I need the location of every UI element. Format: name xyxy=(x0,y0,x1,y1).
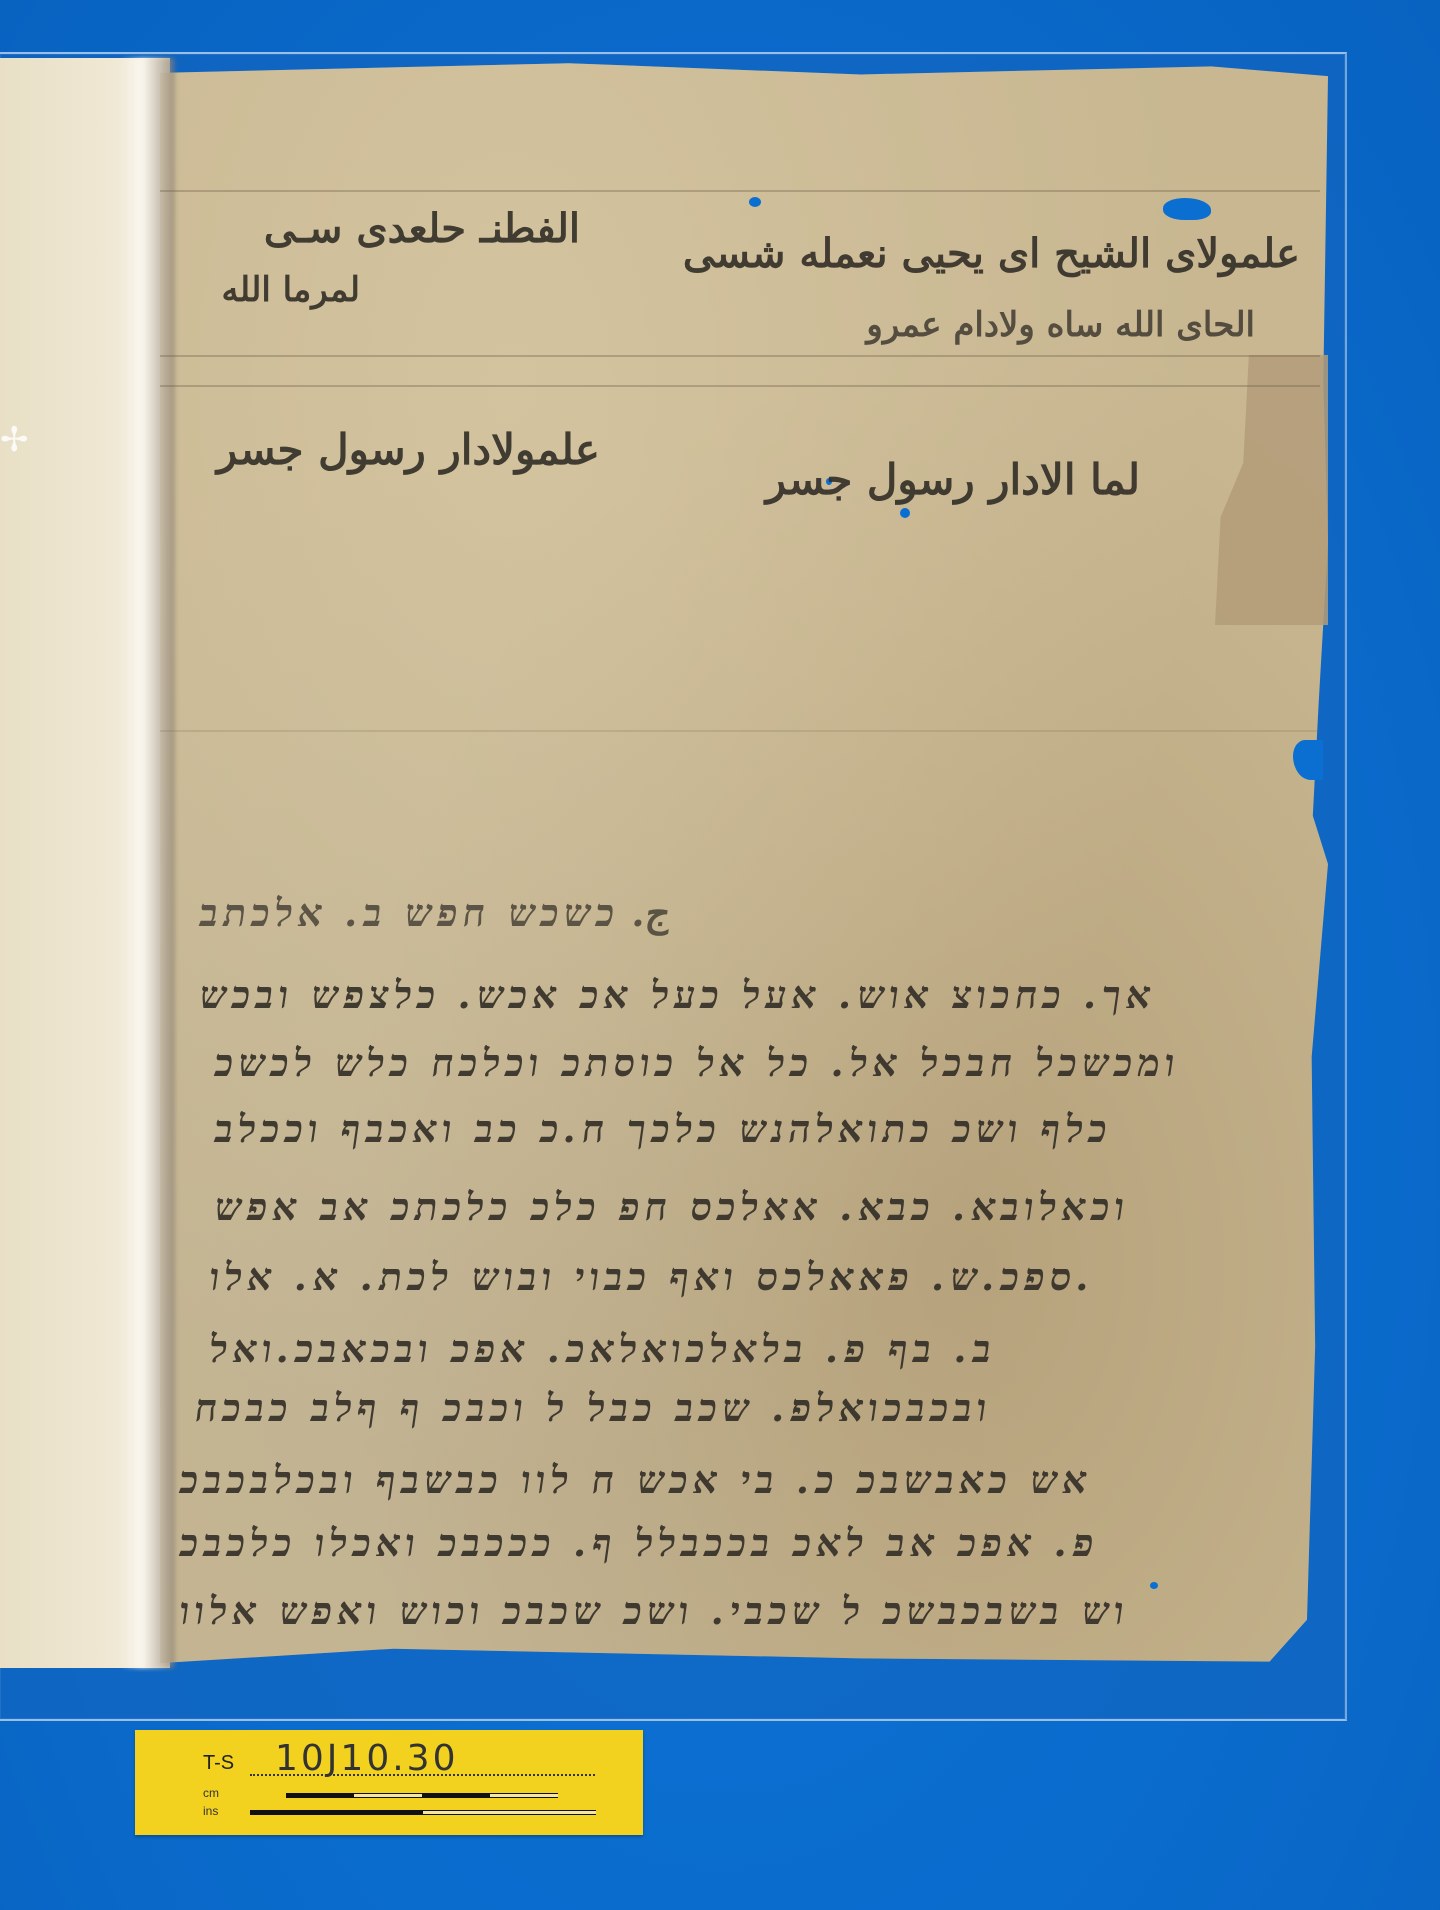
scale-label-ins: ins xyxy=(203,1804,218,1818)
cross-mark-icon: ✢ xyxy=(0,422,36,458)
body-line: ב. בף פ. בלאלכואלאכ. אפכ ובכאבכ.ואל xyxy=(207,1326,1000,1372)
hole xyxy=(900,508,910,518)
hole xyxy=(1150,1582,1158,1589)
body-line: כלף ושכ כתואלהנש כלכך ח.כ כב ואכבף וככלב xyxy=(212,1106,1115,1152)
body-line: ج. כשכש חפש ב. אלכתב xyxy=(197,890,674,936)
cm-scale-bar xyxy=(490,1793,558,1798)
dotted-line xyxy=(250,1774,595,1776)
body-line: וכאלובא. כבא. אאלכס חפ כלכ כלכתכ אב אפש xyxy=(212,1184,1133,1230)
cm-scale-bar xyxy=(354,1793,422,1798)
body-line: פ. אפכ אב לאכ בככבלל ף. כככבכ ואכלו כלכב… xyxy=(177,1520,1102,1566)
arabic-signature: لما الادار رسول جسر xyxy=(766,455,1140,504)
arabic-line: الفطنـ حلعدى سـى xyxy=(264,205,580,252)
arabic-line: الحاى الله ساه ولادام عمرو xyxy=(866,305,1255,345)
hole xyxy=(749,197,761,207)
scale-label-cm: cm xyxy=(203,1786,219,1800)
body-line: אש כאבשבכ כ. בי אכש ח לוו כבשבף ובכלבכבכ xyxy=(177,1457,1095,1503)
shelfmark-number: 10J10.30 xyxy=(275,1738,459,1779)
arabic-signature: علمولادار رسول جسر xyxy=(217,425,600,474)
ruling-line xyxy=(160,355,1320,357)
ruling-line xyxy=(160,190,1320,192)
hole xyxy=(1163,198,1211,220)
ins-scale-bar xyxy=(423,1810,596,1815)
body-line: ובכבכואלפ. שכב כבל ל וכבכ ף ףלב כבכח xyxy=(192,1385,995,1431)
body-line: ספכ.ש. פאאלכס ואף כבוי ובוש לכת. א. אלו. xyxy=(207,1254,1098,1300)
mount-shadow-edge xyxy=(120,58,175,1668)
arabic-line: علمولاى الشيح اى يحيى نعمله شسى xyxy=(683,230,1300,277)
body-line: וש בשבכבשכ ל שכבי. ושכ שכבכ וכוש ואפש אל… xyxy=(177,1588,1132,1634)
label-prefix: T-S xyxy=(203,1752,234,1775)
body-line: ומכשכל חבכל אל. כל אל כוסתכ וכלכח כלש לכ… xyxy=(212,1040,1183,1086)
arabic-line: لمرما الله xyxy=(222,270,360,310)
ruling-line xyxy=(160,730,1320,732)
cm-scale-bar xyxy=(422,1793,490,1798)
shelfmark-label: T-S 10J10.30 cm ins xyxy=(135,1730,643,1835)
ins-scale-bar xyxy=(250,1810,423,1815)
cm-scale-bar xyxy=(286,1793,354,1798)
ruling-line xyxy=(160,385,1320,387)
body-line: אך. כחכוצ אוש. אעל כעל אכ אכש. כלצפש ובכ… xyxy=(197,972,1159,1018)
